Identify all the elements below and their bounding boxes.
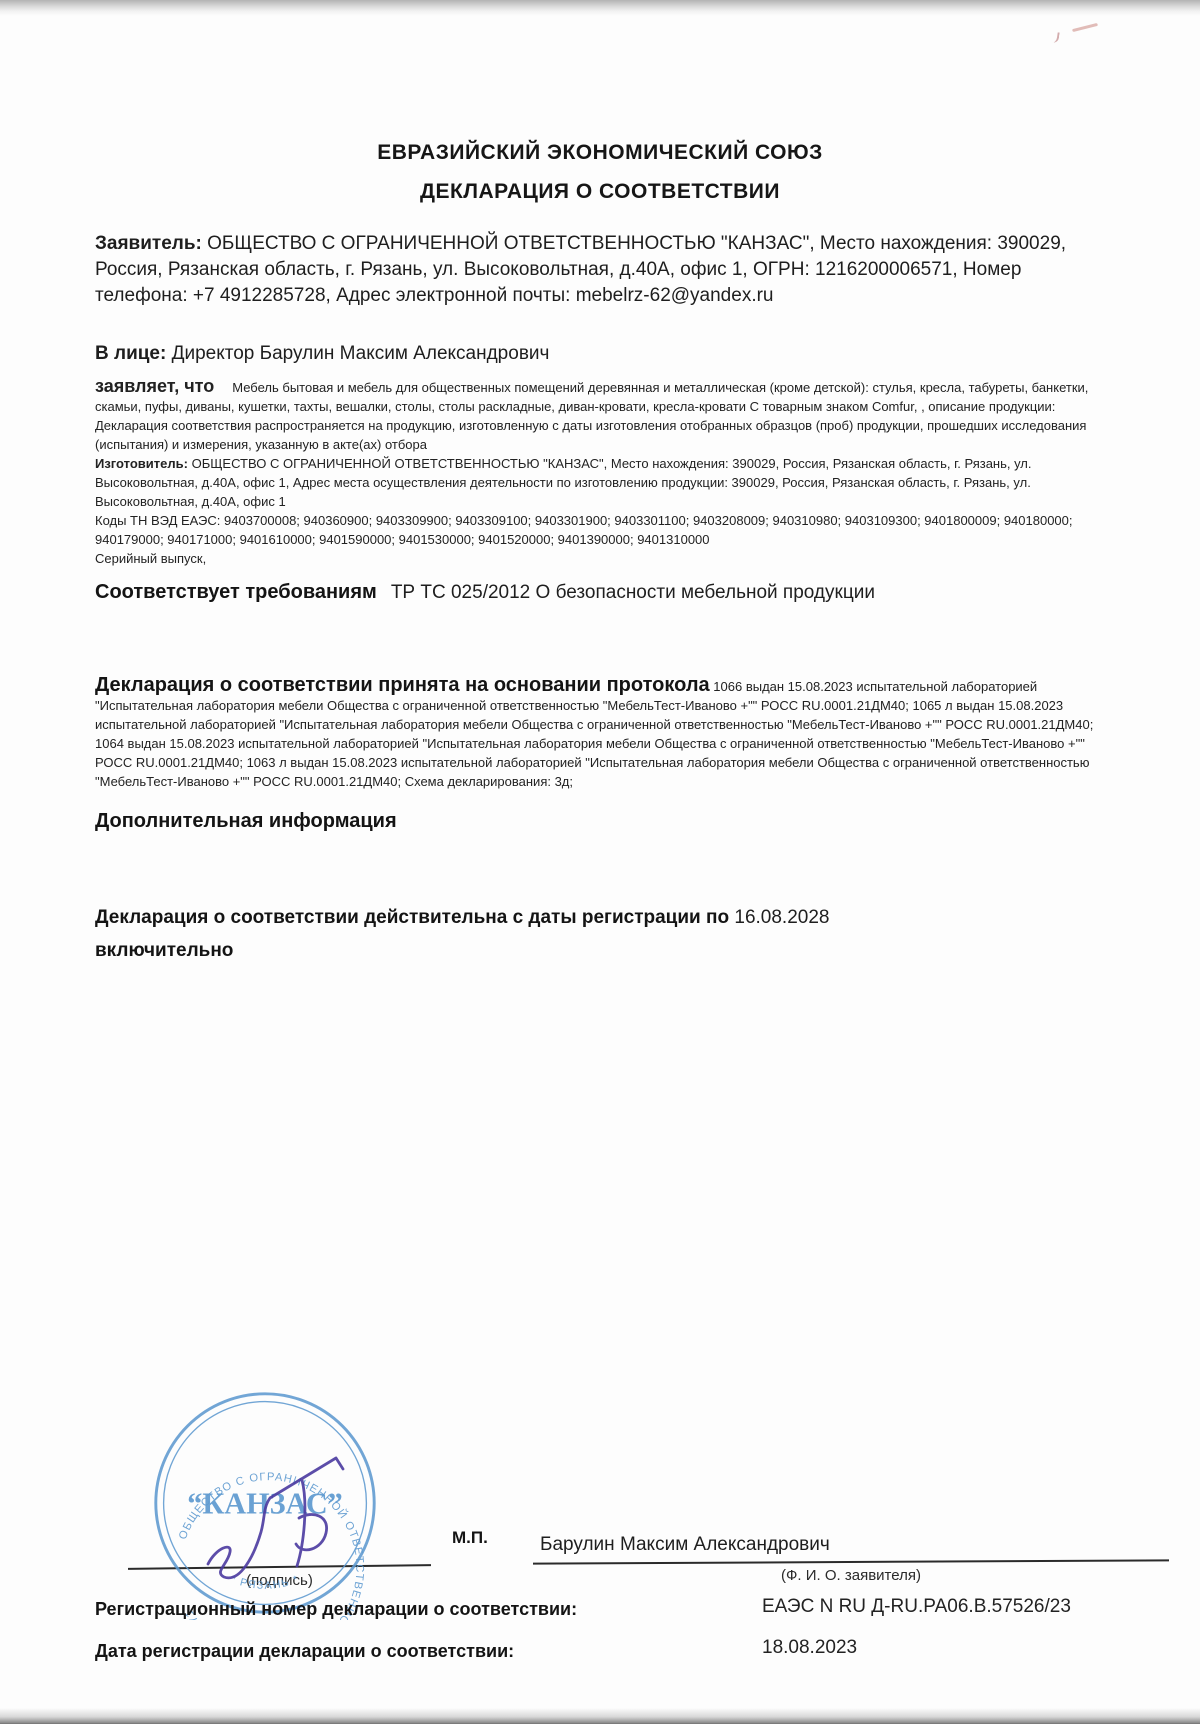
- manufacturer-text: ОБЩЕСТВО С ОГРАНИЧЕННОЙ ОТВЕТСТВЕННОСТЬЮ…: [95, 456, 1032, 509]
- scan-edge-bottom: [0, 1708, 1200, 1724]
- additional-info-heading: Дополнительная информация: [95, 810, 397, 833]
- protocol-block: Декларация о соответствии принята на осн…: [95, 676, 1109, 791]
- validity-suffix: включительно: [95, 940, 233, 961]
- declares-block: заявляет, чтоМебель бытовая и мебель для…: [95, 377, 1109, 568]
- validity-date: 16.08.2028: [734, 907, 829, 928]
- serial-issue: Серийный выпуск,: [95, 551, 206, 566]
- page-title-declaration: ДЕКЛАРАЦИЯ О СООТВЕТСТВИИ: [0, 180, 1200, 204]
- scan-pink-artifact: [1072, 23, 1098, 32]
- scan-pink-dot-artifact: [1051, 32, 1059, 44]
- protocol-label: Декларация о соответствии принята на осн…: [95, 674, 710, 696]
- compliance-value: ТР ТС 025/2012 О безопасности мебельной …: [391, 582, 875, 603]
- declares-products-text: Мебель бытовая и мебель для общественных…: [95, 380, 1088, 452]
- compliance-line: Соответствует требованиямТР ТС 025/2012 …: [95, 581, 1109, 604]
- person-text: Директор Барулин Максим Александрович: [172, 343, 550, 364]
- fio-line: [533, 1559, 1169, 1564]
- manufacturer-label: Изготовитель:: [95, 456, 188, 471]
- validity-paragraph: Декларация о соответствии действительна …: [95, 901, 1100, 967]
- person-line: В лице: Директор Барулин Максим Александ…: [95, 341, 1110, 367]
- signature-stroke-stem: [297, 1480, 305, 1566]
- declares-label: заявляет, что: [95, 376, 232, 396]
- fio-caption: (Ф. И. О. заявителя): [533, 1567, 1169, 1584]
- registration-number-label: Регистрационный номер декларации о соотв…: [95, 1599, 577, 1620]
- registration-date-label: Дата регистрации декларации о соответств…: [95, 1641, 514, 1662]
- protocol-text: 1066 выдан 15.08.2023 испытательной лабо…: [95, 679, 1093, 789]
- validity-label: Декларация о соответствии действительна …: [95, 907, 729, 928]
- registration-date-value: 18.08.2023: [762, 1637, 857, 1659]
- person-label: В лице:: [95, 343, 166, 364]
- tnved-codes: Коды ТН ВЭД ЕАЭС: 9403700008; 940360900;…: [95, 513, 1073, 547]
- compliance-label: Соответствует требованиям: [95, 581, 377, 603]
- declaration-document: ЕВРАЗИЙСКИЙ ЭКОНОМИЧЕСКИЙ СОЮЗ ДЕКЛАРАЦИ…: [0, 0, 1200, 1724]
- applicant-text: ОБЩЕСТВО С ОГРАНИЧЕННОЙ ОТВЕТСТВЕННОСТЬЮ…: [95, 233, 1066, 306]
- applicant-paragraph: Заявитель: ОБЩЕСТВО С ОГРАНИЧЕННОЙ ОТВЕТ…: [95, 231, 1110, 309]
- registration-number-value: ЕАЭС N RU Д-RU.РА06.В.57526/23: [762, 1596, 1071, 1618]
- mp-label: М.П.: [452, 1528, 488, 1548]
- scan-edge-top: [0, 0, 1200, 16]
- page-title-union: ЕВРАЗИЙСКИЙ ЭКОНОМИЧЕСКИЙ СОЮЗ: [0, 141, 1200, 165]
- applicant-label: Заявитель:: [95, 233, 202, 254]
- signer-name: Барулин Максим Александрович: [540, 1534, 830, 1556]
- handwritten-signature: [150, 1392, 410, 1632]
